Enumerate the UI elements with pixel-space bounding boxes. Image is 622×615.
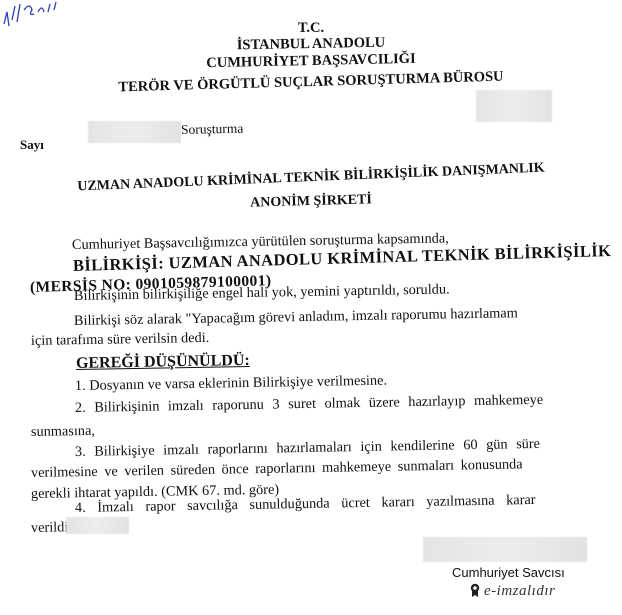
paragraph-expert-statement-2: için tarafıma süre verilsin dedi. <box>31 330 210 350</box>
e-signature-label: e-imzalıdır <box>484 583 555 599</box>
redacted-date-2 <box>66 517 129 534</box>
signature-title: Cumhuriyet Savcısı <box>452 565 565 580</box>
redacted-reference-number <box>88 121 181 143</box>
decision-heading: GEREĞİ DÜŞÜNÜLDÜ: <box>76 352 250 373</box>
decision-item-2-line-1: 2. Bilirkişinin imzalı raporunu 3 suret … <box>75 392 543 417</box>
seal-icon <box>470 583 480 597</box>
e-signature-mark: e-imzalıdır <box>470 582 555 600</box>
paragraph-expert-statement-1: Bilirkişi söz alarak "Yapacağım görevi a… <box>74 305 549 330</box>
reference-suffix: Soruşturma <box>181 121 244 138</box>
redacted-prosecutor-name <box>423 537 587 562</box>
reference-label: Sayı <box>20 137 44 153</box>
redacted-date <box>476 90 552 122</box>
decision-item-2-line-2: sunmasına, <box>31 423 95 441</box>
decision-item-1: 1. Dosyanın ve varsa eklerinin Bilirkişi… <box>75 373 387 395</box>
